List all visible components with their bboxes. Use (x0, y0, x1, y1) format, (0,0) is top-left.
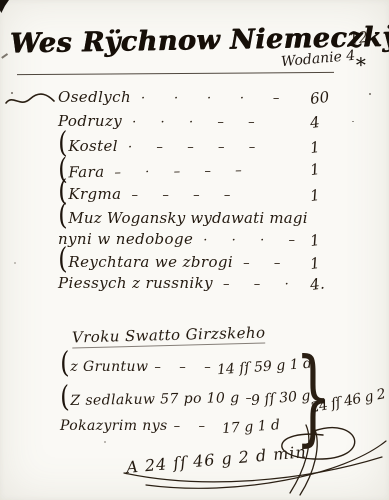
census-label: Reychtara we zbrogi (68, 253, 233, 271)
flourish-icon: ( (57, 206, 69, 224)
dot-leader: – · – – – (104, 162, 310, 181)
scan-corner-mark (0, 0, 9, 13)
accounts-row: ( z Gruntuw – – – 14 ſſ 59 g 1 d (60, 356, 312, 375)
dot-leader: · – – – – (118, 140, 310, 155)
dash-leader: – – – (148, 360, 217, 375)
ink-speck (104, 441, 106, 443)
census-value: 1 (309, 228, 345, 250)
dot-leader: – – (233, 256, 310, 271)
census-row: ( Krgma – – – – 1 (58, 184, 344, 203)
flourish-icon: ( (57, 134, 69, 152)
census-row: Podruzy · · · – – 4 (58, 112, 344, 130)
title-underline (17, 72, 334, 76)
census-label: Osedlych (58, 88, 131, 106)
census-value: 4 (309, 110, 345, 132)
census-label: nyni w nedoboge (58, 230, 193, 248)
census-label: Muz Wogansky wydawati magi (68, 209, 307, 227)
census-value: 60 (309, 86, 345, 108)
census-label: Piessych z russniky (58, 274, 213, 292)
ink-speck (369, 93, 371, 95)
dot-leader: – – · (213, 277, 310, 292)
flourish-squiggle-icon (4, 92, 56, 108)
census-label: Krgma (68, 185, 121, 203)
census-row: ( Reychtara we zbrogi – – 1 (58, 252, 344, 271)
ink-speck (352, 121, 354, 122)
scan-edge-mark (1, 53, 8, 58)
census-row: ( Muz Wogansky wydawati magi (58, 208, 344, 227)
census-row: Osedlych · · · · – 60 (58, 88, 344, 106)
census-value: 1 (309, 157, 345, 180)
census-row: ( Fara – · – – – 1 (58, 158, 344, 182)
flourish-icon: ( (58, 388, 70, 406)
dot-leader: – – – – (122, 188, 310, 203)
accounts-row: ( Z sedlakuw 57 po 10 g – 9 ſſ 30 g (60, 386, 312, 409)
manuscript-page: 12 Wes Rÿchnow Niemeczkÿ Wodanie 4 ∗ Ose… (0, 0, 389, 500)
dot-leader: · · · – – (122, 115, 310, 130)
census-value: 1 (309, 135, 345, 157)
asterisk-mark-icon: ∗ (354, 49, 368, 73)
census-value: 1 (309, 251, 345, 273)
accounts-header: Vroku Swatto Girzskeho (72, 323, 266, 348)
flourish-icon: ( (59, 354, 71, 372)
accounts-label: Z sedlakuw 57 po 10 g (70, 390, 239, 409)
census-label: Podruzy (58, 112, 122, 130)
census-row: nyni w nedoboge · · · – 1 (58, 230, 344, 248)
census-label: Kostel (68, 137, 118, 155)
ink-speck (14, 262, 16, 264)
census-value: 1 (309, 183, 345, 205)
flourish-icon: ( (57, 250, 69, 268)
signature-flourish-icon (118, 413, 389, 500)
dot-leader: · · · · – (131, 91, 310, 106)
accounts-label: z Gruntuw (70, 359, 148, 375)
census-value: 4. (309, 272, 345, 294)
dot-leader: · · · – (193, 233, 310, 248)
census-label: Fara (68, 163, 104, 182)
census-row: Piessych z russniky – – · 4. (58, 274, 344, 292)
census-row: ( Kostel · – – – – 1 (58, 136, 344, 155)
